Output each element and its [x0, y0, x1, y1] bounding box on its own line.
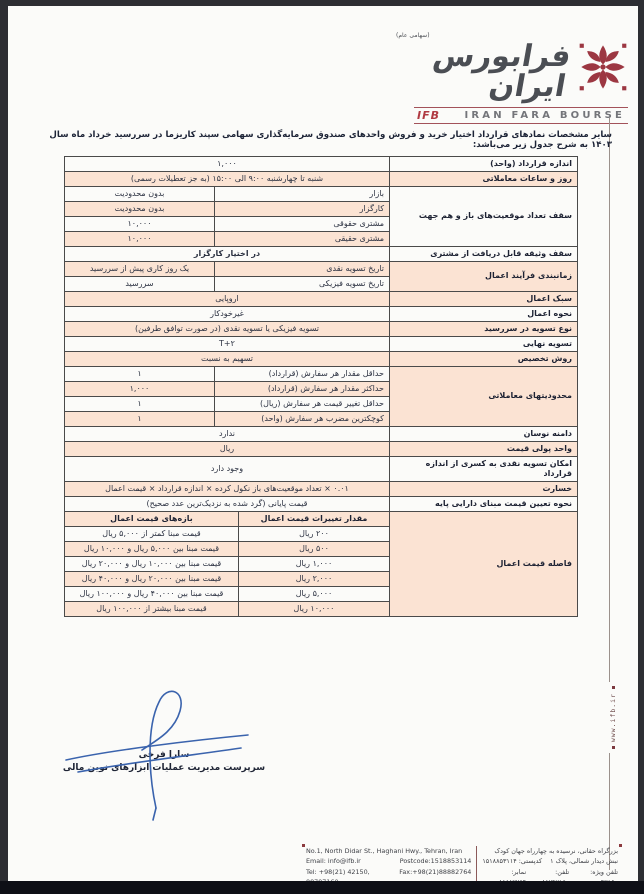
spec-subitem-value: بدون محدودیت: [64, 202, 214, 217]
table-row: امکان تسویه نقدی به کسری از اندازه قرارد…: [64, 457, 577, 482]
table-row: اندازه قرارداد (واحد) ۱,۰۰۰: [64, 157, 577, 172]
table-row: دامنه نوسان ندارد: [64, 427, 577, 442]
spec-subitem-name: تاریخ تسویه فیزیکی: [215, 277, 390, 292]
strike-range: قیمت مبنا بین ۱۰,۰۰۰ ریال و ۲۰,۰۰۰ ریال: [64, 556, 238, 571]
scan-edge-band: [0, 881, 644, 894]
spec-subitem-value: سررسید: [64, 277, 214, 292]
spec-subitem-name: حداکثر مقدار هر سفارش (قرارداد): [215, 382, 390, 397]
spec-value: وجود دارد: [64, 457, 389, 482]
spec-label: نحوه اعمال: [390, 307, 578, 322]
table-row: سقف وثیقه قابل دریافت از مشتری در اختیار…: [64, 247, 577, 262]
spec-label: نحوه تعیین قیمت مبنای دارایی پایه: [390, 496, 578, 511]
spec-subitem-name: حداقل مقدار هر سفارش (قرارداد): [215, 367, 390, 382]
table-row: نوع تسویه در سررسید تسویه فیزیکی یا تسوی…: [64, 322, 577, 337]
table-row: سبک اعمال اروپایی: [64, 292, 577, 307]
spec-value: T+۲: [64, 337, 389, 352]
square-marker-icon: [612, 686, 615, 689]
spec-label: سقف تعداد موقعیت‌های باز و هم جهت: [390, 187, 578, 247]
ifb-wordmark-en: IRAN FARA BOURSE: [464, 110, 625, 121]
spec-label: فاصله قیمت اعمال: [390, 511, 578, 616]
ifb-acronym: IFB: [417, 109, 440, 122]
strike-range: قیمت مبنا بین ۲۰,۰۰۰ ریال و ۴۰,۰۰۰ ریال: [64, 571, 238, 586]
table-row: واحد پولی قیمت ریال: [64, 442, 577, 457]
spec-value: ریال: [64, 442, 389, 457]
spec-subitem-value: ۱: [64, 397, 214, 412]
spec-label: سبک اعمال: [390, 292, 578, 307]
ifb-rosette-icon: [578, 42, 628, 92]
scanned-document: (سهامی عام) فرابورس ایران: [0, 0, 644, 894]
website-url-vertical: www.ifb.ir: [609, 682, 617, 753]
spec-label: روز و ساعات معاملاتی: [390, 172, 578, 187]
table-row: روش تخصیص تسهیم به نسبت: [64, 352, 577, 367]
spec-subitem-value: ۱۰,۰۰۰: [64, 217, 214, 232]
spec-label: دامنه نوسان: [390, 427, 578, 442]
logo-farsi-wordmark: فرابورس ایران: [391, 42, 574, 102]
strike-range: قیمت مبنا بین ۴۰,۰۰۰ ریال و ۱۰۰,۰۰۰ ریال: [64, 586, 238, 601]
spec-value: شنبه تا چهارشنبه ۹:۰۰ الی ۱۵:۰۰ (به جز ت…: [64, 172, 389, 187]
footer-address-en: No.1, North Didar St., Haghani Hwy., Teh…: [306, 846, 471, 856]
strike-col-header-change: مقدار تغییرات قیمت اعمال: [239, 511, 390, 526]
spec-subitem-name: مشتری حقیقی: [215, 232, 390, 247]
spec-label: روش تخصیص: [390, 352, 578, 367]
ifb-logo: (سهامی عام) فرابورس ایران: [396, 32, 628, 124]
strike-change: ۲۰۰ ریال: [239, 526, 390, 541]
footer-address2-fa: نبش دیدار شمالی، پلاک ۱: [550, 856, 618, 866]
signatory-name: سارا فرخی: [36, 750, 292, 760]
website-url: www.ifb.ir: [609, 693, 617, 742]
table-row: روز و ساعات معاملاتی شنبه تا چهارشنبه ۹:…: [64, 172, 577, 187]
document-title: سایر مشخصات نمادهای قرارداد اختیار خرید …: [38, 130, 612, 150]
spec-value: ۰.۰۱ × تعداد موقعیت‌های باز نکول کرده × …: [64, 481, 389, 496]
spec-value: تسویه فیزیکی یا تسویه نقدی (در صورت تواف…: [64, 322, 389, 337]
document-page: (سهامی عام) فرابورس ایران: [8, 6, 638, 884]
spec-value: ۱,۰۰۰: [64, 157, 389, 172]
spec-subitem-name: تاریخ تسویه نقدی: [215, 262, 390, 277]
margin-rule: [609, 118, 610, 870]
signature-block: سارا فرخی سرپرست مدیریت عملیات ابزارهای …: [36, 692, 292, 822]
strike-change: ۵,۰۰۰ ریال: [239, 586, 390, 601]
footer-postcode-en: Postcode:1518853114: [400, 856, 472, 866]
table-row: زمانبندی فرآیند اعمال تاریخ تسویه نقدی ی…: [64, 262, 577, 277]
spec-subitem-value: بدون محدودیت: [64, 187, 214, 202]
spec-label: واحد پولی قیمت: [390, 442, 578, 457]
spec-subitem-name: کوچکترین مضرب هر سفارش (واحد): [215, 412, 390, 427]
spec-label: امکان تسویه نقدی به کسری از اندازه قرارد…: [390, 457, 578, 482]
spec-subitem-value: یک روز کاری پیش از سررسید: [64, 262, 214, 277]
table-row: نحوه اعمال غیرخودکار: [64, 307, 577, 322]
corner-marker-icon: [302, 844, 305, 847]
strike-change: ۲,۰۰۰ ریال: [239, 571, 390, 586]
logo-subtitle: (سهامی عام): [396, 32, 430, 39]
strike-col-header-range: بازه‌های قیمت اعمال: [64, 511, 238, 526]
spec-subitem-value: ۱۰,۰۰۰: [64, 232, 214, 247]
strike-change: ۱۰,۰۰۰ ریال: [239, 601, 390, 616]
spec-value: در اختیار کارگزار: [64, 247, 389, 262]
spec-subitem-name: بازار: [215, 187, 390, 202]
spec-subitem-value: ۱,۰۰۰: [64, 382, 214, 397]
spec-label: سقف وثیقه قابل دریافت از مشتری: [390, 247, 578, 262]
spec-label: خسارت: [390, 481, 578, 496]
square-marker-icon: [612, 746, 615, 749]
logo-calligraphy-wrap: (سهامی عام) فرابورس ایران: [396, 32, 568, 102]
footer-address-fa: بزرگراه حقانی، نرسیده به چهارراه جهان کو…: [482, 846, 618, 856]
spec-subitem-name: حداقل تغییر قیمت هر سفارش (ریال): [215, 397, 390, 412]
table-row: تسویه نهایی T+۲: [64, 337, 577, 352]
spec-label: اندازه قرارداد (واحد): [390, 157, 578, 172]
strike-range: قیمت مبنا بیشتر از ۱۰۰,۰۰۰ ریال: [64, 601, 238, 616]
table-row: خسارت ۰.۰۱ × تعداد موقعیت‌های باز نکول ک…: [64, 481, 577, 496]
table-row: نحوه تعیین قیمت مبنای دارایی پایه قیمت پ…: [64, 496, 577, 511]
spec-value: اروپایی: [64, 292, 389, 307]
logo-row: (سهامی عام) فرابورس ایران: [396, 32, 628, 102]
signatory-title: سرپرست مدیریت عملیات ابزارهای نوین مالی: [36, 763, 292, 773]
strike-range: قیمت مبنا کمتر از ۵,۰۰۰ ریال: [64, 526, 238, 541]
contract-spec-table: اندازه قرارداد (واحد) ۱,۰۰۰ روز و ساعات …: [64, 156, 578, 617]
spec-value: تسهیم به نسبت: [64, 352, 389, 367]
table-row: فاصله قیمت اعمال مقدار تغییرات قیمت اعما…: [64, 511, 577, 526]
spec-label: تسویه نهایی: [390, 337, 578, 352]
footer-email: Email: info@ifb.ir: [306, 856, 361, 866]
footer-postcode-fa: کدپستی: ۱۵۱۸۸۵۳۱۱۴: [482, 856, 542, 866]
spec-subitem-name: مشتری حقوقی: [215, 217, 390, 232]
logo-latin-line: IFB IRAN FARA BOURSE: [414, 107, 628, 124]
table-row: سقف تعداد موقعیت‌های باز و هم جهت بازار …: [64, 187, 577, 202]
spec-label: زمانبندی فرآیند اعمال: [390, 262, 578, 292]
strike-range: قیمت مبنا بین ۵,۰۰۰ ریال و ۱۰,۰۰۰ ریال: [64, 541, 238, 556]
spec-label: نوع تسویه در سررسید: [390, 322, 578, 337]
spec-subitem-value: ۱: [64, 412, 214, 427]
strike-change: ۵۰۰ ریال: [239, 541, 390, 556]
corner-marker-icon: [619, 844, 622, 847]
spec-value: قیمت پایانی (گرد شده به نزدیک‌ترین عدد ص…: [64, 496, 389, 511]
spec-subitem-value: ۱: [64, 367, 214, 382]
table-row: محدودیتهای معاملاتی حداقل مقدار هر سفارش…: [64, 367, 577, 382]
spec-label: محدودیتهای معاملاتی: [390, 367, 578, 427]
spec-value: غیرخودکار: [64, 307, 389, 322]
spec-value: ندارد: [64, 427, 389, 442]
strike-change: ۱,۰۰۰ ریال: [239, 556, 390, 571]
spec-subitem-name: کارگزار: [215, 202, 390, 217]
